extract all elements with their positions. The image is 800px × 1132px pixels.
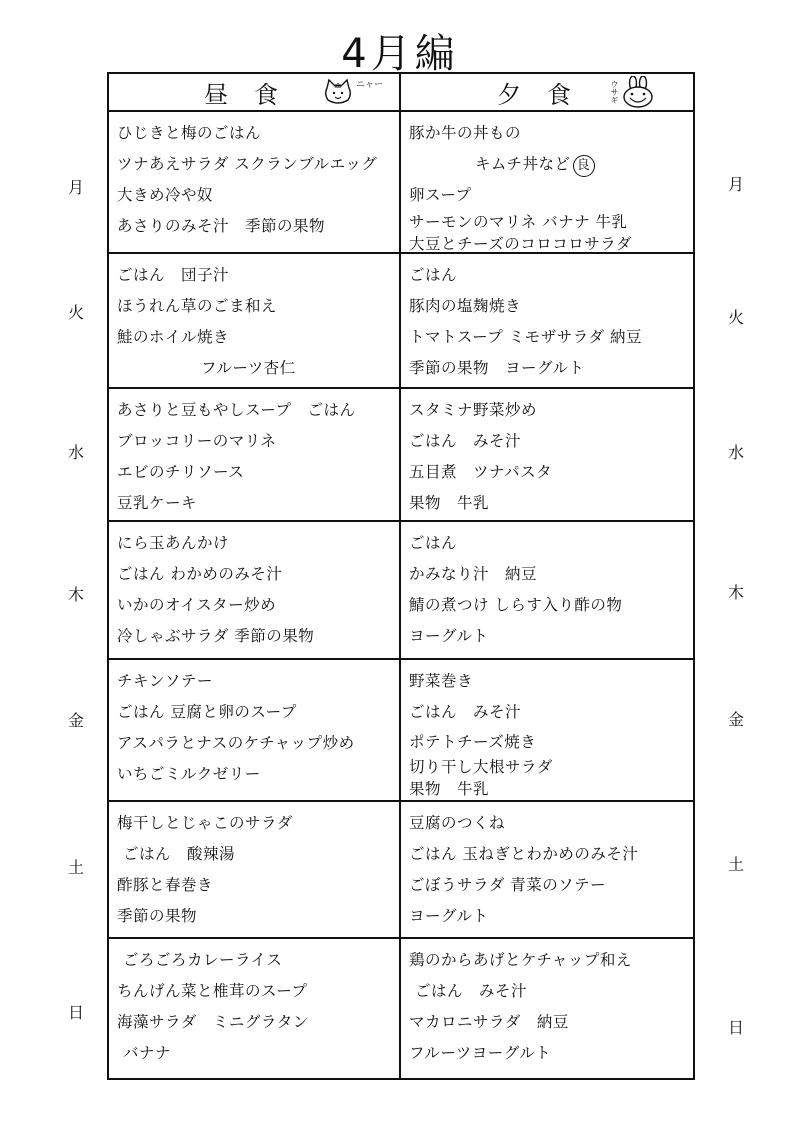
day-row-tue: ごはん 団子汁 ほうれん草のごま和え 鮭のホイル焼き フルーツ杏仁 ごはん 豚肉…: [109, 254, 693, 389]
menu-item: フルーツヨーグルト: [409, 1038, 693, 1069]
menu-item: ごはん わかめのみそ汁: [117, 559, 399, 590]
menu-item: 鯖の煮つけ しらす入り酢の物: [409, 590, 693, 621]
rabbit-note: ウサギ: [609, 80, 619, 104]
menu-item: 豆腐のつくね: [409, 808, 693, 839]
menu-item: 鮭のホイル焼き: [117, 322, 399, 353]
lunch-cell: あさりと豆もやしスープ ごはん ブロッコリーのマリネ エビのチリソース 豆乳ケー…: [109, 389, 399, 520]
lunch-cell: 梅干しとじゃこのサラダ ごはん 酸辣湯 酢豚と春巻き 季節の果物: [109, 802, 399, 937]
dinner-cell: 豆腐のつくね ごはん 玉ねぎとわかめのみそ汁 ごぼうサラダ 青菜のソテー ヨーグ…: [401, 802, 693, 937]
day-label-right-sat: 土: [724, 852, 748, 875]
rabbit-face-icon: [621, 76, 655, 108]
day-row-wed: あさりと豆もやしスープ ごはん ブロッコリーのマリネ エビのチリソース 豆乳ケー…: [109, 389, 693, 522]
lunch-header-label: 昼食: [204, 75, 304, 110]
day-row-mon: ひじきと梅のごはん ツナあえサラダ スクランブルエッグ 大きめ冷や奴 あさりのみ…: [109, 112, 693, 254]
menu-item: ごはん みそ汁: [409, 976, 693, 1007]
menu-item: あさりと豆もやしスープ ごはん: [117, 395, 399, 426]
good-badge: 良: [573, 155, 595, 177]
menu-item: 五目煮 ツナパスタ: [409, 457, 693, 488]
dinner-cell: 野菜巻き ごはん みそ汁 ポテトチーズ焼き 切り干し大根サラダ 果物 牛乳: [401, 660, 693, 800]
day-label-left-sat: 土: [64, 855, 88, 878]
day-label-left-tue: 火: [64, 300, 88, 323]
menu-item: スタミナ野菜炒め: [409, 395, 693, 426]
day-label-right-tue: 火: [724, 305, 748, 328]
menu-item: サーモンのマリネ バナナ 牛乳: [409, 211, 693, 233]
menu-item: 大きめ冷や奴: [117, 180, 399, 211]
menu-item-text: キムチ丼など: [475, 155, 571, 173]
menu-item: 梅干しとじゃこのサラダ: [117, 808, 399, 839]
menu-item: エビのチリソース: [117, 457, 399, 488]
lunch-cell: ごはん 団子汁 ほうれん草のごま和え 鮭のホイル焼き フルーツ杏仁: [109, 254, 399, 387]
dinner-cell: スタミナ野菜炒め ごはん みそ汁 五目煮 ツナパスタ 果物 牛乳: [401, 389, 693, 520]
day-label-right-thu: 木: [724, 580, 748, 603]
lunch-cell: ごろごろカレーライス ちんげん菜と椎茸のスープ 海藻サラダ ミニグラタン バナナ: [109, 939, 399, 1078]
dinner-cell: 鶏のからあげとケチャップ和え ごはん みそ汁 マカロニサラダ 納豆 フルーツヨー…: [401, 939, 693, 1078]
menu-item: 野菜巻き: [409, 666, 693, 697]
menu-item: 卵スープ: [409, 180, 693, 211]
day-label-left-sun: 日: [64, 1000, 88, 1023]
menu-item: 果物 牛乳: [409, 488, 693, 519]
cat-note: ニャー: [356, 81, 383, 90]
weekly-menu-table: 昼食 ニャー 夕食 ウサギ ひじきと梅のごはん ツナあえサラダ スクランブルエッ…: [107, 72, 695, 1080]
menu-item: ごろごろカレーライス: [117, 945, 399, 976]
day-label-left-thu: 木: [64, 582, 88, 605]
menu-item: ポテトチーズ焼き: [409, 728, 693, 756]
menu-item: ごはん 玉ねぎとわかめのみそ汁: [409, 839, 693, 870]
menu-item: あさりのみそ汁 季節の果物: [117, 211, 399, 242]
menu-item: いちごミルクゼリー: [117, 759, 399, 790]
dinner-cell: ごはん 豚肉の塩麹焼き トマトスープ ミモザサラダ 納豆 季節の果物 ヨーグルト: [401, 254, 693, 387]
menu-item: ごはん みそ汁: [409, 426, 693, 457]
day-label-left-fri: 金: [64, 708, 88, 731]
menu-item: 切り干し大根サラダ: [409, 756, 693, 778]
day-label-right-sun: 日: [724, 1015, 748, 1038]
menu-item: ヨーグルト: [409, 901, 693, 932]
day-label-right-fri: 金: [724, 707, 748, 730]
page-title: 4月編: [0, 22, 800, 79]
lunch-cell: にら玉あんかけ ごはん わかめのみそ汁 いかのオイスター炒め 冷しゃぶサラダ 季…: [109, 522, 399, 658]
menu-item: フルーツ杏仁: [117, 353, 399, 384]
menu-item: 冷しゃぶサラダ 季節の果物: [117, 621, 399, 652]
menu-item: 果物 牛乳: [409, 778, 693, 800]
menu-item: ごはん みそ汁: [409, 697, 693, 728]
lunch-cell: ひじきと梅のごはん ツナあえサラダ スクランブルエッグ 大きめ冷や奴 あさりのみ…: [109, 112, 399, 252]
day-label-right-mon: 月: [724, 172, 748, 195]
day-row-sun: ごろごろカレーライス ちんげん菜と椎茸のスープ 海藻サラダ ミニグラタン バナナ…: [109, 939, 693, 1078]
menu-item: ちんげん菜と椎茸のスープ: [117, 976, 399, 1007]
menu-item: キムチ丼など良: [409, 149, 693, 180]
dinner-header-label: 夕食: [497, 75, 597, 110]
menu-item: バナナ: [117, 1038, 399, 1069]
menu-item: トマトスープ ミモザサラダ 納豆: [409, 322, 693, 353]
day-row-sat: 梅干しとじゃこのサラダ ごはん 酸辣湯 酢豚と春巻き 季節の果物 豆腐のつくね …: [109, 802, 693, 939]
day-row-thu: にら玉あんかけ ごはん わかめのみそ汁 いかのオイスター炒め 冷しゃぶサラダ 季…: [109, 522, 693, 660]
header-row: 昼食 ニャー 夕食 ウサギ: [109, 74, 693, 112]
menu-item: ブロッコリーのマリネ: [117, 426, 399, 457]
day-label-right-wed: 水: [724, 440, 748, 463]
menu-item: ひじきと梅のごはん: [117, 118, 399, 149]
menu-item: 豚か牛の丼もの: [409, 118, 693, 149]
menu-item: かみなり汁 納豆: [409, 559, 693, 590]
menu-item: マカロニサラダ 納豆: [409, 1007, 693, 1038]
menu-item: 季節の果物 ヨーグルト: [409, 353, 693, 384]
menu-item: ごはん 酸辣湯: [117, 839, 399, 870]
menu-item: 豚肉の塩麹焼き: [409, 291, 693, 322]
menu-item: ほうれん草のごま和え: [117, 291, 399, 322]
lunch-cell: チキンソテー ごはん 豆腐と卵のスープ アスパラとナスのケチャップ炒め いちごミ…: [109, 660, 399, 800]
menu-item: ヨーグルト: [409, 621, 693, 652]
menu-item: ごはん 豆腐と卵のスープ: [117, 697, 399, 728]
cat-face-icon: [323, 78, 353, 106]
menu-item: 酢豚と春巻き: [117, 870, 399, 901]
menu-item: 鶏のからあげとケチャップ和え: [409, 945, 693, 976]
day-label-left-mon: 月: [64, 175, 88, 198]
menu-item: いかのオイスター炒め: [117, 590, 399, 621]
menu-item: 豆乳ケーキ: [117, 488, 399, 519]
menu-item: アスパラとナスのケチャップ炒め: [117, 728, 399, 759]
menu-item: ツナあえサラダ スクランブルエッグ: [117, 149, 399, 180]
menu-item: にら玉あんかけ: [117, 528, 399, 559]
menu-item: ごはん: [409, 260, 693, 291]
dinner-cell: ごはん かみなり汁 納豆 鯖の煮つけ しらす入り酢の物 ヨーグルト: [401, 522, 693, 658]
day-label-left-wed: 水: [64, 440, 88, 463]
dinner-cell: 豚か牛の丼もの キムチ丼など良 卵スープ サーモンのマリネ バナナ 牛乳 大豆と…: [401, 112, 693, 252]
menu-item: 季節の果物: [117, 901, 399, 932]
day-row-fri: チキンソテー ごはん 豆腐と卵のスープ アスパラとナスのケチャップ炒め いちごミ…: [109, 660, 693, 802]
menu-item: ごはん: [409, 528, 693, 559]
menu-item: 海藻サラダ ミニグラタン: [117, 1007, 399, 1038]
menu-item: ごはん 団子汁: [117, 260, 399, 291]
menu-item: チキンソテー: [117, 666, 399, 697]
menu-item: 大豆とチーズのコロコロサラダ: [409, 233, 693, 255]
menu-item: ごぼうサラダ 青菜のソテー: [409, 870, 693, 901]
